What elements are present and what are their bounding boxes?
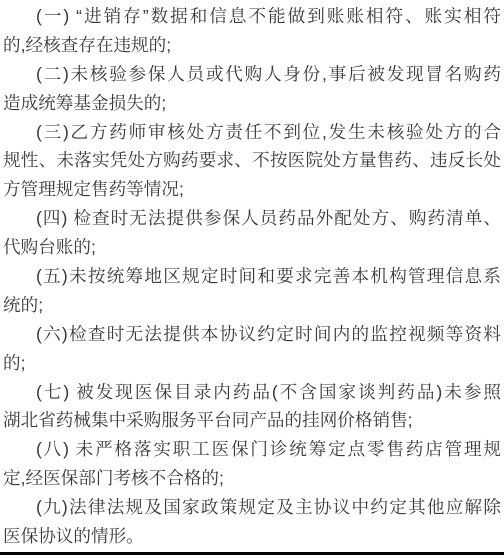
text-line: (一) “进销存”数据和信息不能做到账账相符、账实相符 [3, 2, 501, 31]
text-line: (二)未核验参保人员或代购人身份,事后被发现冒名购药 [3, 60, 501, 89]
text-line: 规性、未落实凭处方购药要求、不按医院处方量售药、违反长处 [3, 146, 501, 175]
text-line: (四) 检查时无法提供参保人员药品外配处方、购药清单、 [3, 204, 501, 233]
text-line: 的; [3, 349, 501, 378]
text-line: 湖北省药械集中采购服务平台同产品的挂网价格销售; [3, 406, 501, 435]
text-line: (三)乙方药师审核处方责任不到位,发生未核验处方的合 [3, 118, 501, 147]
bottom-divider [0, 552, 504, 555]
text-line: 代购台账的; [3, 233, 501, 262]
text-line: 的,经核查存在违规的; [3, 31, 501, 60]
document-page: (一) “进销存”数据和信息不能做到账账相符、账实相符的,经核查存在违规的;(二… [0, 0, 504, 559]
text-line: (五)未按统筹地区规定时间和要求完善本机构管理信息系 [3, 262, 501, 291]
text-line: 统的; [3, 291, 501, 320]
text-line: 造成统筹基金损失的; [3, 89, 501, 118]
text-line: (九)法律法规及国家政策规定及主协议中约定其他应解除 [3, 493, 501, 522]
text-line: (六)检查时无法提供本协议约定时间内的监控视频等资料 [3, 320, 501, 349]
text-line: (八) 未严格落实职工医保门诊统筹定点零售药店管理规 [3, 435, 501, 464]
document-body: (一) “进销存”数据和信息不能做到账账相符、账实相符的,经核查存在违规的;(二… [3, 2, 501, 551]
text-line: 定,经医保部门考核不合格的; [3, 464, 501, 493]
text-line: 医保协议的情形。 [3, 522, 501, 551]
text-line: (七) 被发现医保目录内药品(不含国家谈判药品)未参照 [3, 378, 501, 407]
text-line: 方管理规定售药等情况; [3, 175, 501, 204]
